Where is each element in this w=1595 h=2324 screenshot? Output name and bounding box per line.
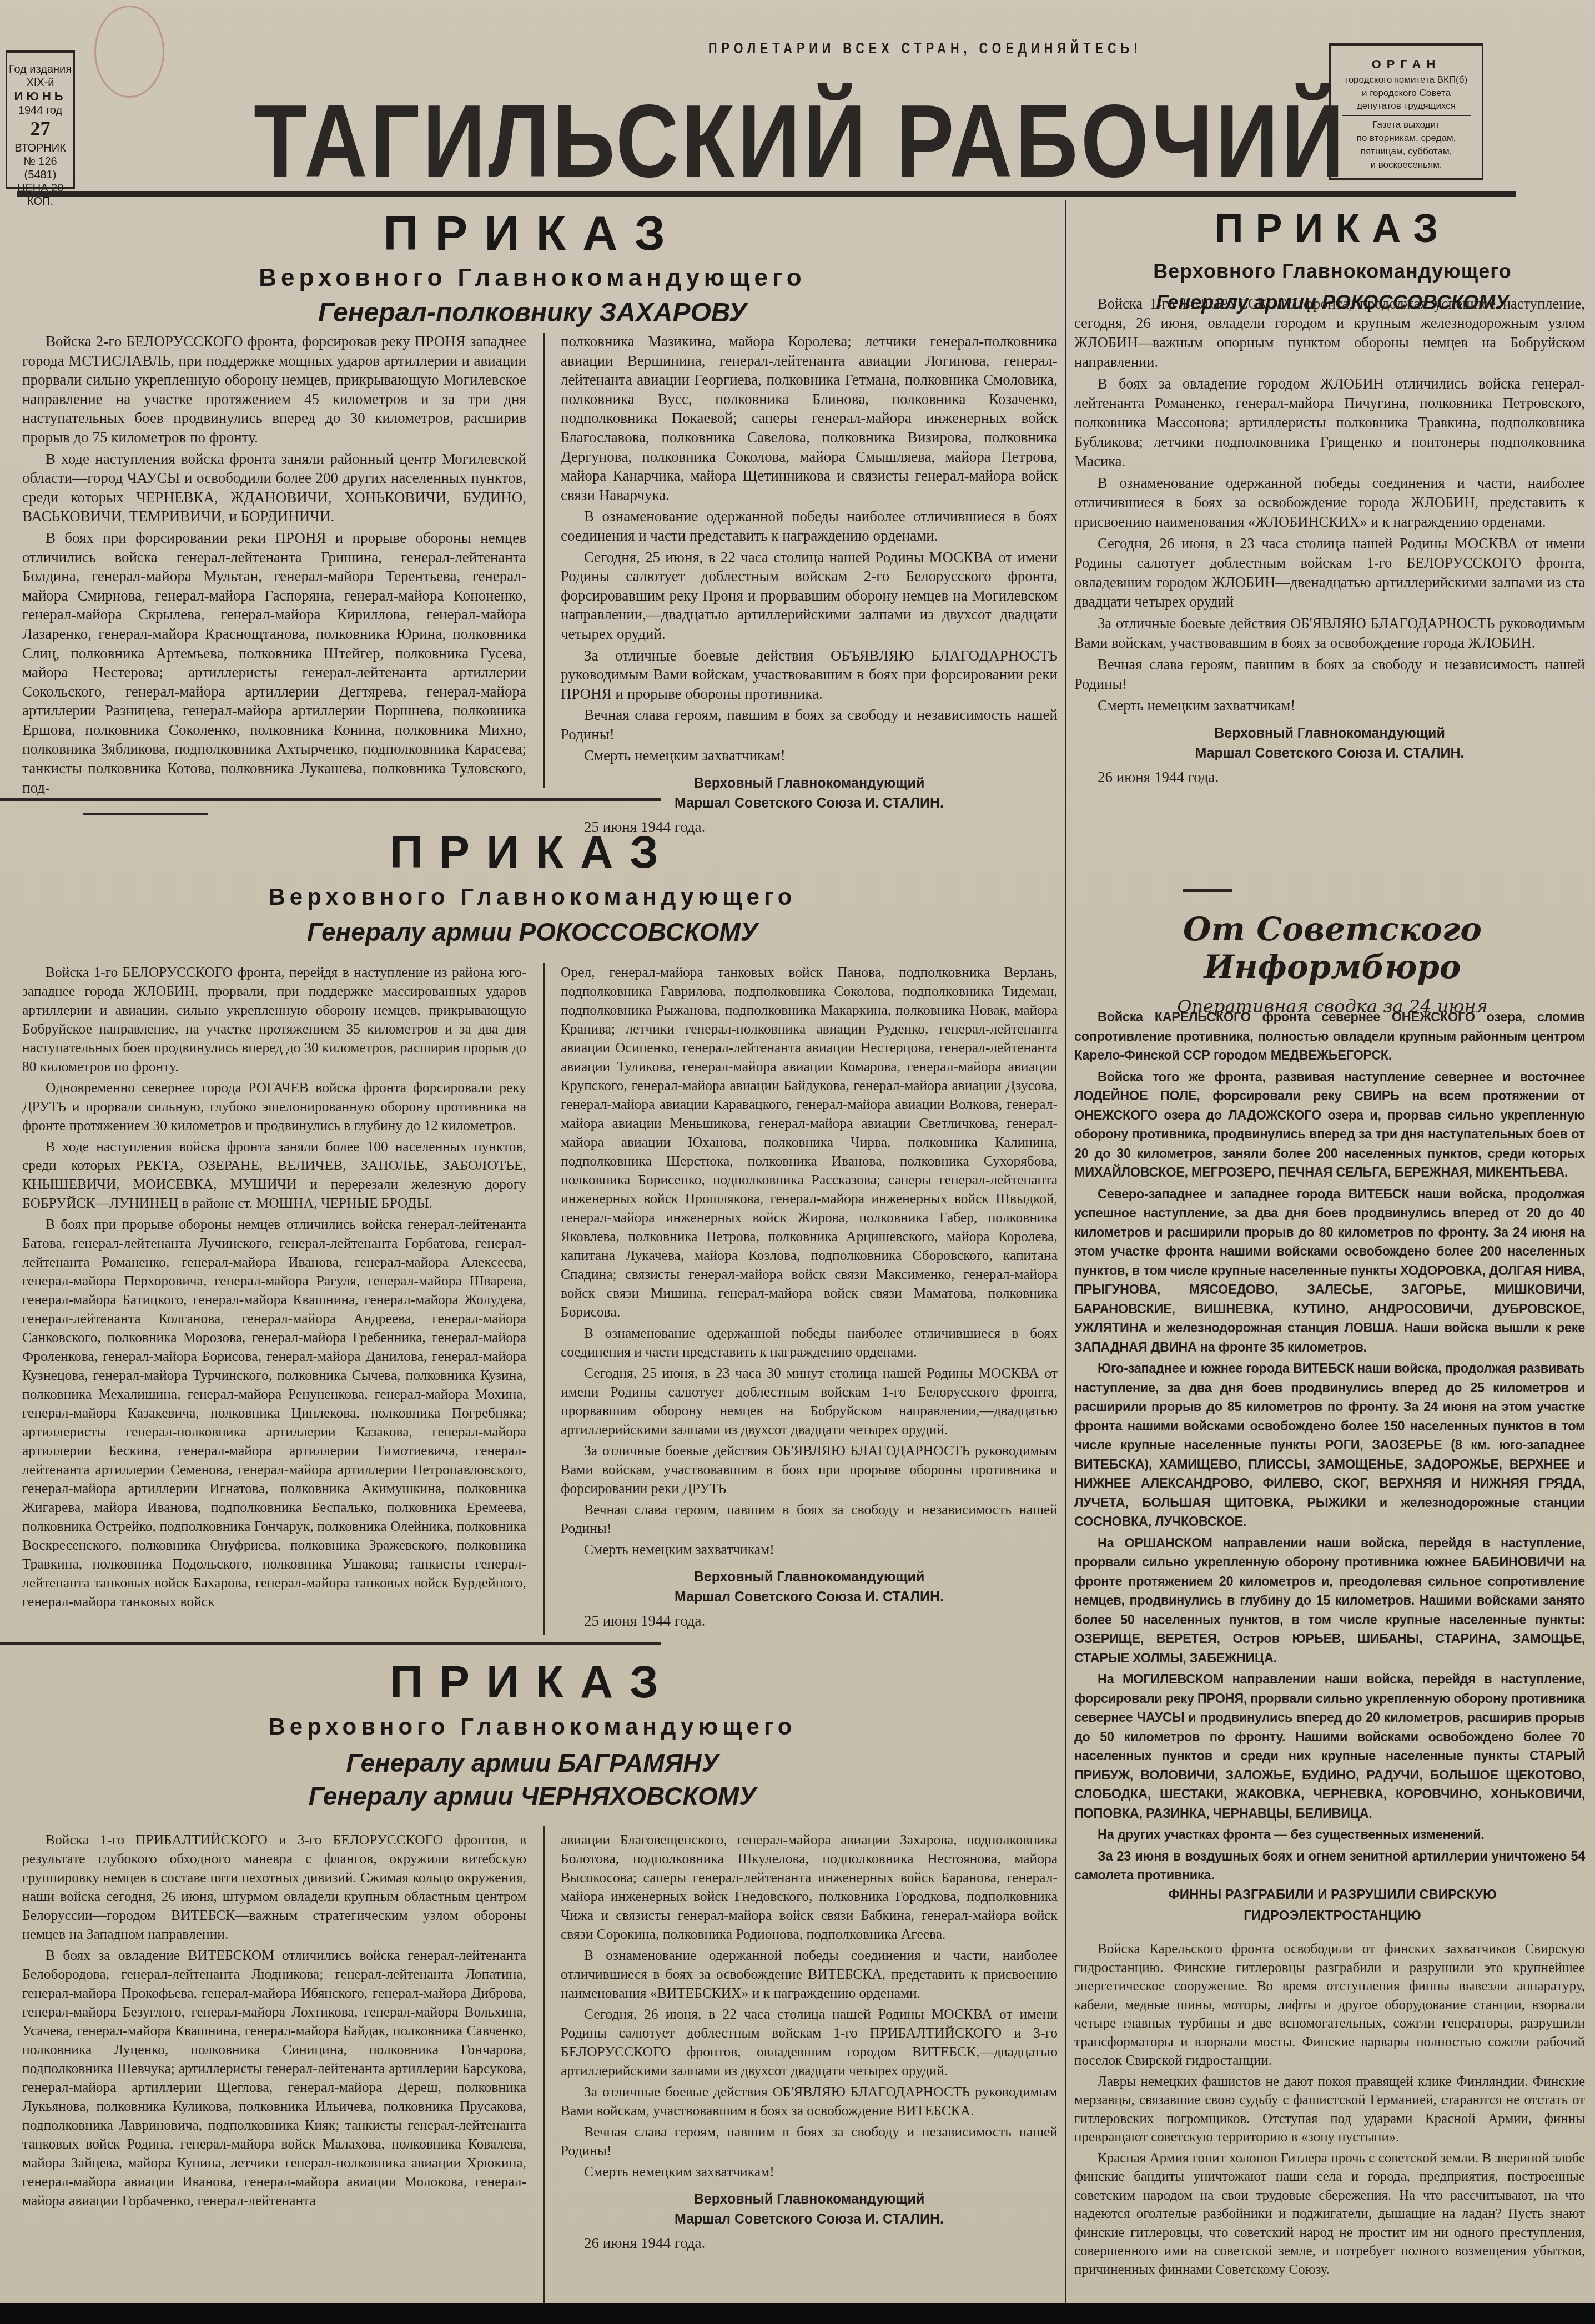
order-addressee: Генерал-полковнику ЗАХАРОВУ [0,298,1065,328]
scan-edge-shadow [0,2303,1595,2324]
paragraph: В ознаменование одержанной победы соедин… [1074,473,1585,532]
order-title: ПРИКАЗ [1071,205,1593,252]
paragraph: В ходе наступления войска фронта заняли … [22,1137,526,1213]
order-title: ПРИКАЗ [0,205,1065,261]
organ-line2: и городского Совета [1331,87,1482,100]
order-date: 26 июня 1944 года. [1074,768,1585,787]
newspaper-title: ТАГИЛЬСКИЙ РАБОЧИЙ [254,94,1065,189]
order-issuer: Верховного Главнокомандующего [0,884,1065,910]
paragraph: Сегодня, 26 июня, в 23 часа столица наше… [1074,534,1585,612]
paragraph: За отличные боевые действия ОБ'ЯВЛЯЮ БЛА… [1074,614,1585,653]
signature-name: Маршал Советского Союза И. СТАЛИН. [561,2209,1058,2229]
order-vitebsk-col1: Войска 1-го ПРИБАЛТИЙСКОГО и 3-го БЕЛОРУ… [22,1831,526,2212]
paragraph: Войска 2-го БЕЛОРУССКОГО фронта, форсиро… [22,332,526,447]
organ-line3: депутатов трудящихся [1331,99,1482,113]
section-rule-right [1183,889,1232,892]
edition-issue: № 126 (5481) [7,155,73,182]
paragraph: В боях при форсировании реки ПРОНЯ и про… [22,528,526,797]
edition-month: ИЮНЬ [7,89,73,104]
order-zakharov-header: ПРИКАЗ Верховного Главнокомандующего Ген… [0,205,1065,328]
section-rule-2b [88,1643,211,1645]
organ-divider [1342,115,1471,116]
organ-schedule3: пятницам, субботам, [1331,145,1482,158]
paragraph: За 23 июня в воздушных боях и огнем зени… [1074,1847,1585,1885]
library-stamp [94,6,164,98]
organ-schedule2: по вторникам, средам, [1331,132,1482,145]
order-date: 25 июня 1944 года. [561,1611,1058,1630]
sovinformburo-title: От Советского Информбюро [1071,910,1593,986]
order-vitebsk-col2: авиации Благовещенского, генерал-майора … [561,1831,1058,2252]
order-issuer: Верховного Главнокомандующего [0,1713,1065,1740]
order-vitebsk-header: ПРИКАЗ Верховного Главнокомандующего Ген… [0,1657,1065,1811]
organ-head: ОРГАН [1331,56,1482,73]
column-divider-order1 [543,333,545,788]
paragraph: Вечная слава героям, павшим в боях за св… [561,2123,1058,2160]
signature-title: Верховный Главнокомандующий [561,2189,1058,2209]
paragraph: Сегодня, 26 июня, в 22 часа столица наше… [561,2005,1058,2080]
paragraph: На ОРШАНСКОМ направлении наши войска, пе… [1074,1534,1585,1668]
column-divider-order2 [543,963,545,1635]
sovinformburo-body: Войска КАРЕЛЬСКОГО фронта севернее ОНЕЖС… [1074,1007,1585,1887]
paragraph: В ознаменование одержанной победы наибол… [561,1324,1058,1362]
order-zhlobin-body: Войска 1-го БЕЛОРУССКОГО фронта, продолж… [1074,294,1585,787]
signature: Верховный Главнокомандующий Маршал Совет… [561,1567,1058,1607]
paragraph: В ознаменование одержанной победы наибол… [561,507,1058,545]
order-addressee-1: Генералу армии БАГРАМЯНУ [0,1748,1065,1778]
paragraph: За отличные боевые действия ОБ'ЯВЛЯЮ БЛА… [561,1441,1058,1498]
order-title: ПРИКАЗ [0,827,1065,878]
paragraph: Войска того же фронта, развивая наступле… [1074,1067,1585,1182]
paragraph: На МОГИЛЕВСКОМ направлении наши войска, … [1074,1670,1585,1823]
section-rule-1b [83,813,208,815]
signature-name: Маршал Советского Союза И. СТАЛИН. [1074,743,1585,763]
paragraph: авиации Благовещенского, генерал-майора … [561,1831,1058,1944]
signature: Верховный Главнокомандующий Маршал Совет… [1074,723,1585,763]
paragraph: За отличные боевые действия ОБ'ЯВЛЯЮ БЛА… [561,2083,1058,2120]
masthead-rule [17,191,1516,197]
paragraph: В боях за овладение ВИТЕБСКОМ отличились… [22,1946,526,2210]
signature-name: Маршал Советского Союза И. СТАЛИН. [561,793,1058,813]
newspaper-page: Год издания XIX-й ИЮНЬ 1944 год 27 ВТОРН… [0,0,1595,2324]
order-bobruisk-header: ПРИКАЗ Верховного Главнокомандующего Ген… [0,827,1065,947]
order-bobruisk-col1: Войска 1-го БЕЛОРУССКОГО фронта, перейдя… [22,963,526,1614]
order-issuer: Верховного Главнокомандующего [0,264,1065,292]
signature: Верховный Главнокомандующий Маршал Совет… [561,2189,1058,2229]
paragraph: Северо-западнее и западнее города ВИТЕБС… [1074,1184,1585,1357]
paragraph: Юго-западнее и южнее города ВИТЕБСК наши… [1074,1359,1585,1531]
paragraph: Войска Карельского фронта освободили от … [1074,1940,1585,2070]
paragraph: Орел, генерал-майора танковых войск Пано… [561,963,1058,1322]
organ-schedule1: Газета выходит [1331,118,1482,132]
paragraph: В ознаменование одержанной победы соедин… [561,1946,1058,2003]
finns-article-title: ФИННЫ РАЗГРАБИЛИ И РАЗРУШИЛИ СВИРСКУЮ ГИ… [1071,1884,1593,1927]
paragraph: Красная Армия гонит холопов Гитлера проч… [1074,2149,1585,2280]
signature-title: Верховный Главнокомандующий [1074,723,1585,743]
sovinformburo-header: От Советского Информбюро Оперативная сво… [1071,910,1593,1017]
paragraph: Войска 1-го БЕЛОРУССКОГО фронта, перейдя… [22,963,526,1076]
paragraph: В ходе наступления войска фронта заняли … [22,450,526,526]
order-zakharov-col1: Войска 2-го БЕЛОРУССКОГО фронта, форсиро… [22,332,526,799]
order-date: 26 июня 1944 года. [561,2234,1058,2252]
paragraph: В боях при прорыве обороны немцев отличи… [22,1215,526,1611]
paragraph: Смерть немецким захватчикам! [1074,696,1585,715]
order-title: ПРИКАЗ [0,1657,1065,1708]
paragraph: За отличные боевые действия ОБЪЯВЛЯЮ БЛА… [561,646,1058,704]
column-divider-order3 [543,1826,545,2303]
order-issuer: Верховного Главнокомандующего [1071,260,1593,283]
paragraph: На других участках фронта — без существе… [1074,1825,1585,1844]
paragraph: Сегодня, 25 июня, в 23 часа 30 минут сто… [561,1364,1058,1439]
signature-title: Верховный Главнокомандующий [561,773,1058,793]
paragraph: Сегодня, 25 июня, в 22 часа столица наше… [561,548,1058,644]
signature: Верховный Главнокомандующий Маршал Совет… [561,773,1058,813]
paragraph: Вечная слава героям, павшим в боях за св… [561,705,1058,744]
edition-year-label: Год издания XIX-й [7,63,73,89]
paragraph: полковника Мазикина, майора Королева; ле… [561,332,1058,505]
order-zakharov-col2: полковника Мазикина, майора Королева; ле… [561,332,1058,837]
edition-day: 27 [7,117,73,141]
organ-schedule4: и воскресеньям. [1331,158,1482,172]
slogan: ПРОЛЕТАРИИ ВСЕХ СТРАН, СОЕДИНЯЙТЕСЬ! [708,40,1161,57]
order-addressee-2: Генералу армии ЧЕРНЯХОВСКОМУ [0,1781,1065,1811]
paragraph: Смерть немецким захватчикам! [561,2162,1058,2181]
order-bobruisk-col2: Орел, генерал-майора танковых войск Пано… [561,963,1058,1630]
paragraph: Лавры немецких фашистов не дают покоя пр… [1074,2073,1585,2147]
paragraph: Вечная слава героям, павшим в боях за св… [1074,655,1585,694]
organ-line1: городского комитета ВКП(б) [1331,73,1482,87]
signature-name: Маршал Советского Союза И. СТАЛИН. [561,1587,1058,1607]
column-divider-main [1065,200,1066,2303]
finns-article-body: Войска Карельского фронта освободили от … [1074,1940,1585,2281]
edition-year: 1944 год [7,104,73,117]
paragraph: В боях за овладение городом ЖЛОБИН отлич… [1074,374,1585,471]
organ-info-box: ОРГАН городского комитета ВКП(б) и город… [1329,43,1483,180]
paragraph: Смерть немецким захватчикам! [561,1540,1058,1559]
paragraph: Смерть немецким захватчикам! [561,746,1058,765]
paragraph: Войска 1-го БЕЛОРУССКОГО фронта, продолж… [1074,294,1585,372]
edition-weekday: ВТОРНИК [7,142,73,155]
paragraph: Войска 1-го ПРИБАЛТИЙСКОГО и 3-го БЕЛОРУ… [22,1831,526,1944]
paragraph: Одновременно севернее города РОГАЧЕВ вой… [22,1078,526,1135]
paragraph: Вечная слава героям, павшим в боях за св… [561,1500,1058,1538]
signature-title: Верховный Главнокомандующий [561,1567,1058,1587]
paragraph: Войска КАРЕЛЬСКОГО фронта севернее ОНЕЖС… [1074,1007,1585,1065]
edition-info-box: Год издания XIX-й ИЮНЬ 1944 год 27 ВТОРН… [6,50,75,189]
order-addressee: Генералу армии РОКОССОВСКОМУ [0,917,1065,947]
